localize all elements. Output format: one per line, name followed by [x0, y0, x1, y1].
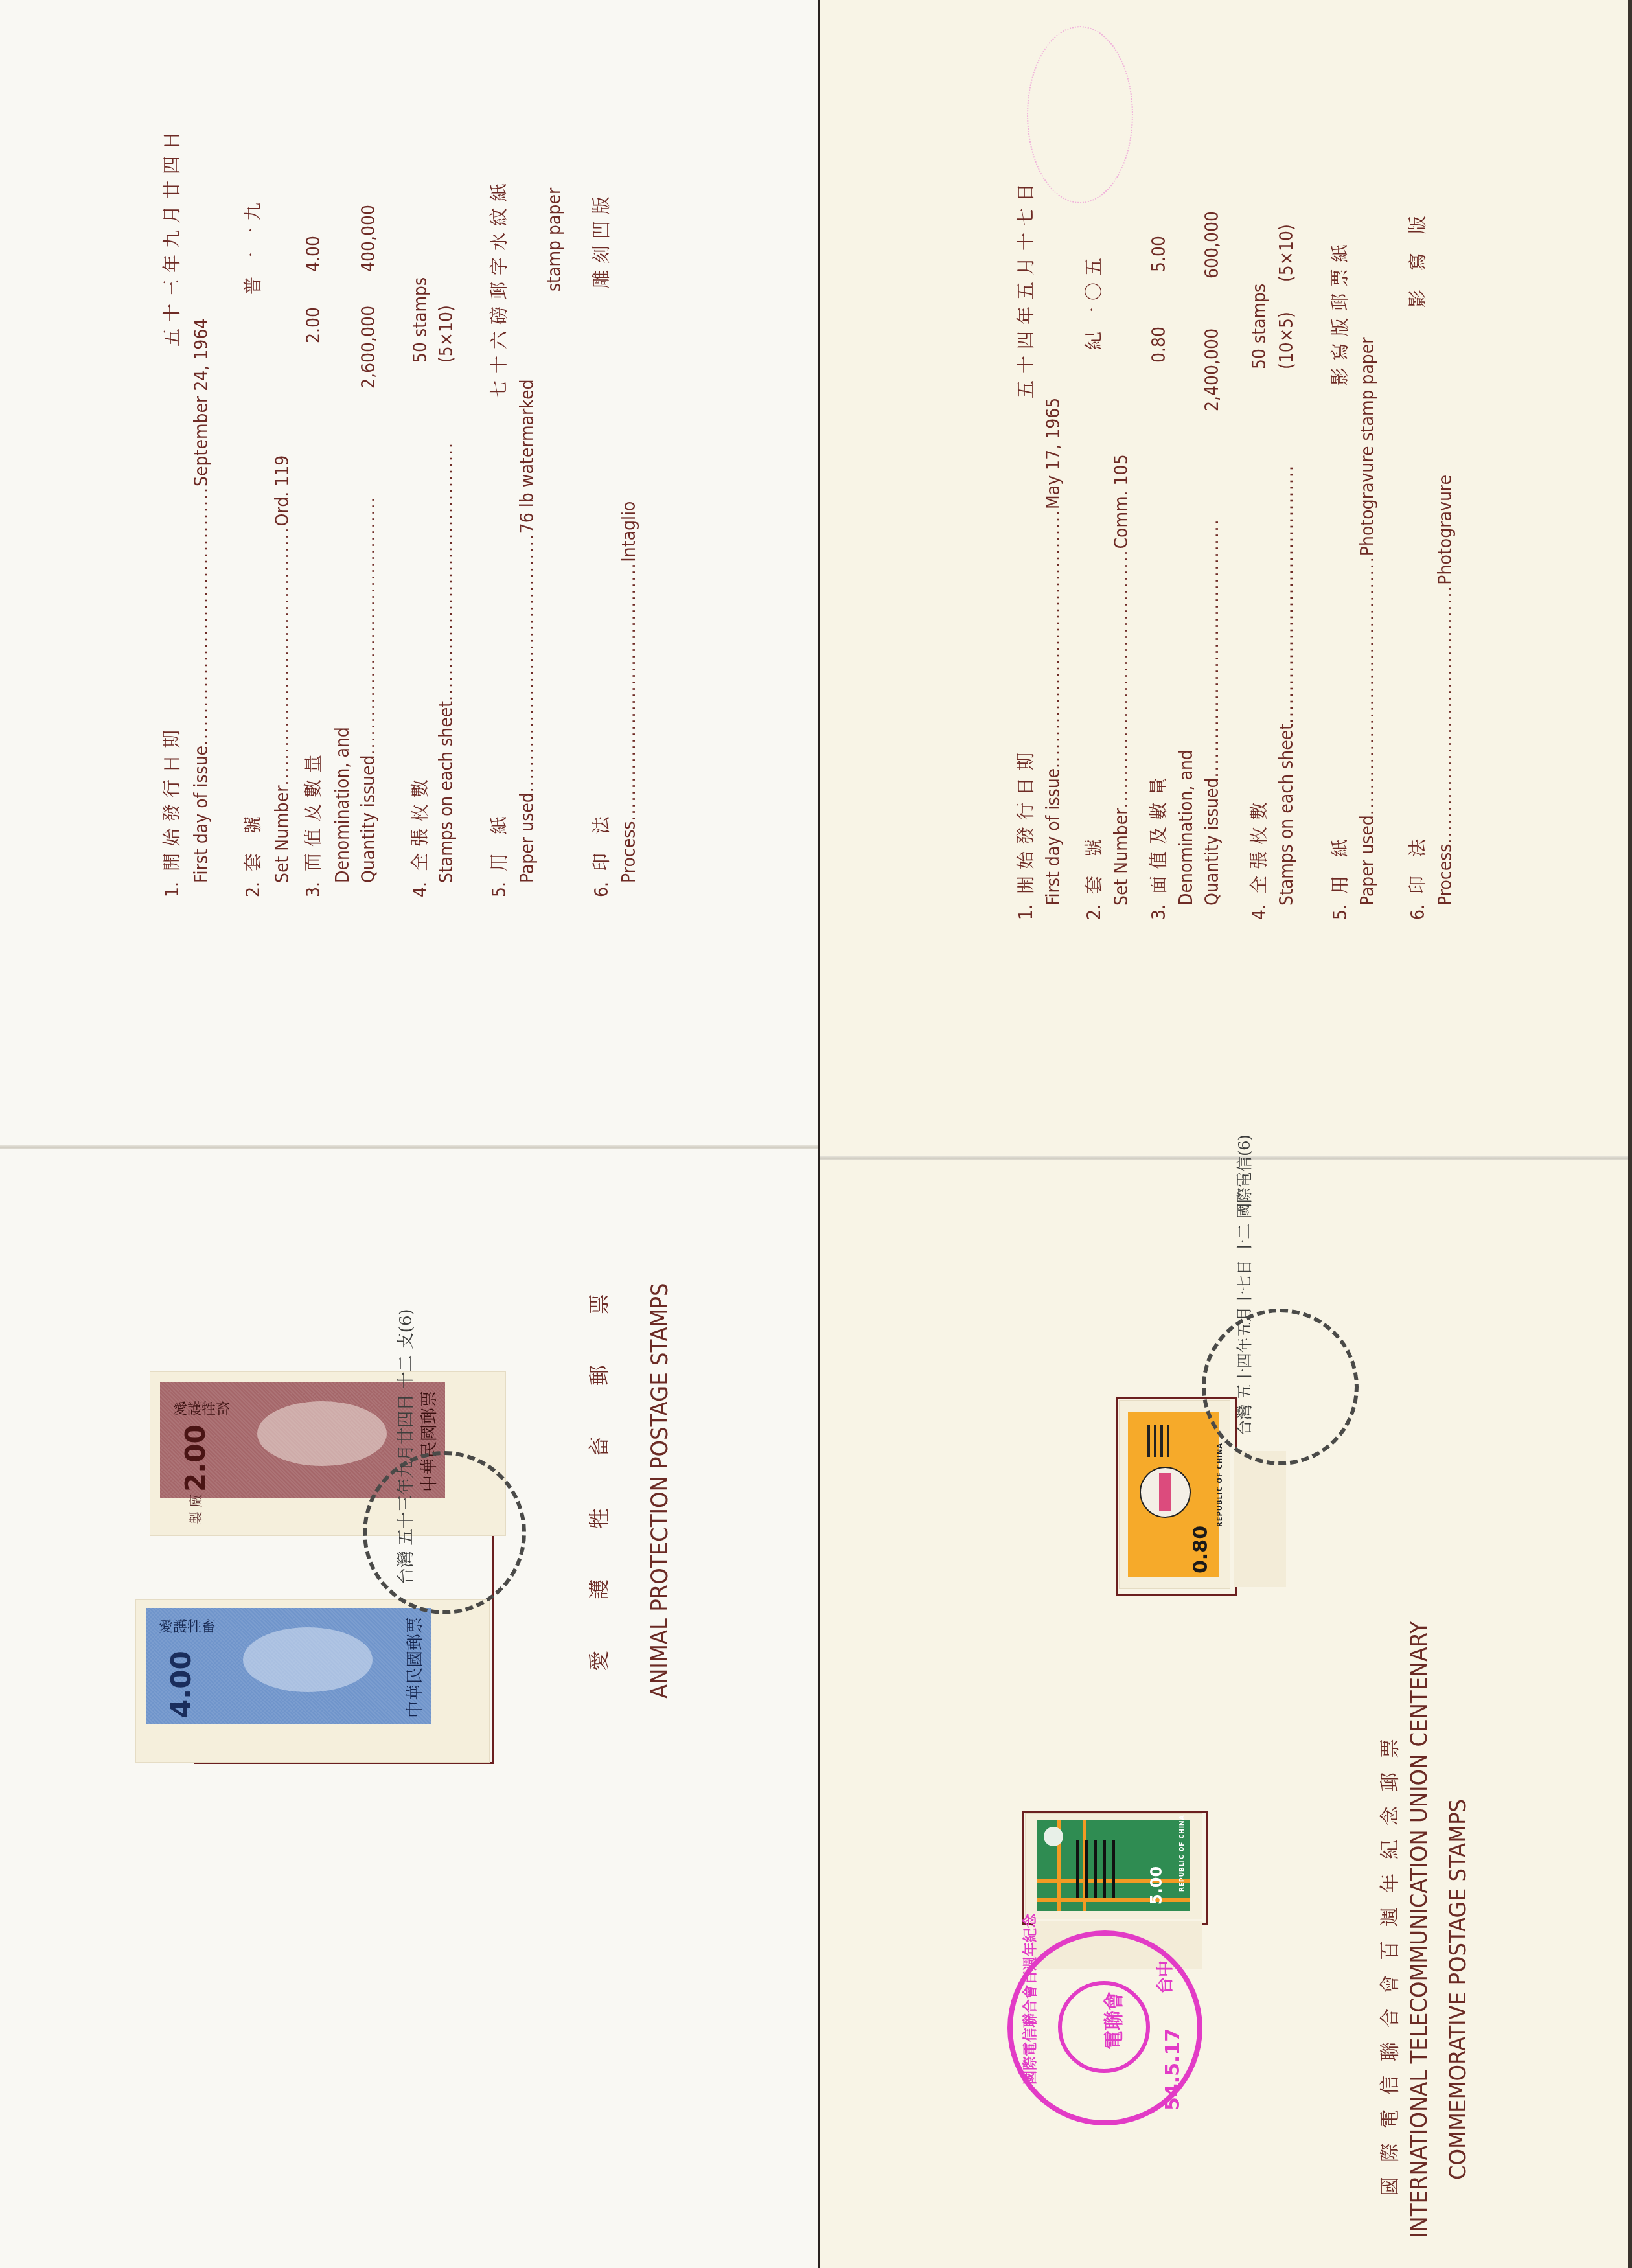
itu-commemorative-cancel: 電聯會 國際電信聯合會百週年紀念 台中 54.5.17 — [1007, 1930, 1202, 2125]
itu-centenary-card: 1. 開始發行日期 First day of issue............… — [818, 0, 1632, 2268]
card-title-en-1: INTERNATIONAL TELECOMMUNICATION UNION CE… — [1406, 1621, 1432, 2238]
stamp-0-80: 0.80 REPUBLIC OF CHINA — [1120, 1401, 1230, 1588]
first-day-postmark: 台灣 五十三年九月廿四日 十二 支(6) — [363, 1451, 526, 1614]
fold-line — [0, 1145, 818, 1149]
card-title-cn: 國際電信聯合會百週年紀念郵票 — [1373, 1724, 1402, 2196]
farmer-with-calf-illustration — [257, 1401, 387, 1466]
card-title-en: ANIMAL PROTECTION POSTAGE STAMPS — [647, 1283, 673, 1699]
stamp-4-00: 4.00 中華民國郵票 愛護牲畜 — [136, 1600, 489, 1762]
farmer-with-calf-illustration — [243, 1627, 373, 1692]
antenna-icon — [1147, 1425, 1150, 1457]
stamp-denomination: 5.00 — [1147, 1866, 1166, 1905]
ghost-postmark-offset — [1027, 26, 1133, 203]
animal-protection-card: 1. 開始發行日期 First day of issue............… — [0, 0, 818, 2268]
antenna-icon — [1076, 1840, 1079, 1898]
fold-line — [820, 1156, 1632, 1160]
card-title-cn: 愛 護 牲 畜 郵 票 — [583, 1272, 613, 1671]
card-title-en-2: COMMEMORATIVE POSTAGE STAMPS — [1445, 1799, 1471, 2180]
stamp-denomination: 0.80 — [1190, 1526, 1212, 1574]
itu-emblem-icon — [1044, 1827, 1063, 1846]
stamp-denomination: 4.00 — [165, 1651, 197, 1718]
itu-globe-emblem-icon — [1140, 1467, 1191, 1518]
stamp-selvage — [1234, 1451, 1286, 1587]
stamp-5-00: 5.00 REPUBLIC OF CHINA — [1026, 1814, 1202, 1919]
first-day-postmark: 台灣 五十四年五月十七日 十二 國際電信(6) — [1202, 1309, 1359, 1465]
stamp-denomination: 2.00 — [179, 1425, 211, 1492]
